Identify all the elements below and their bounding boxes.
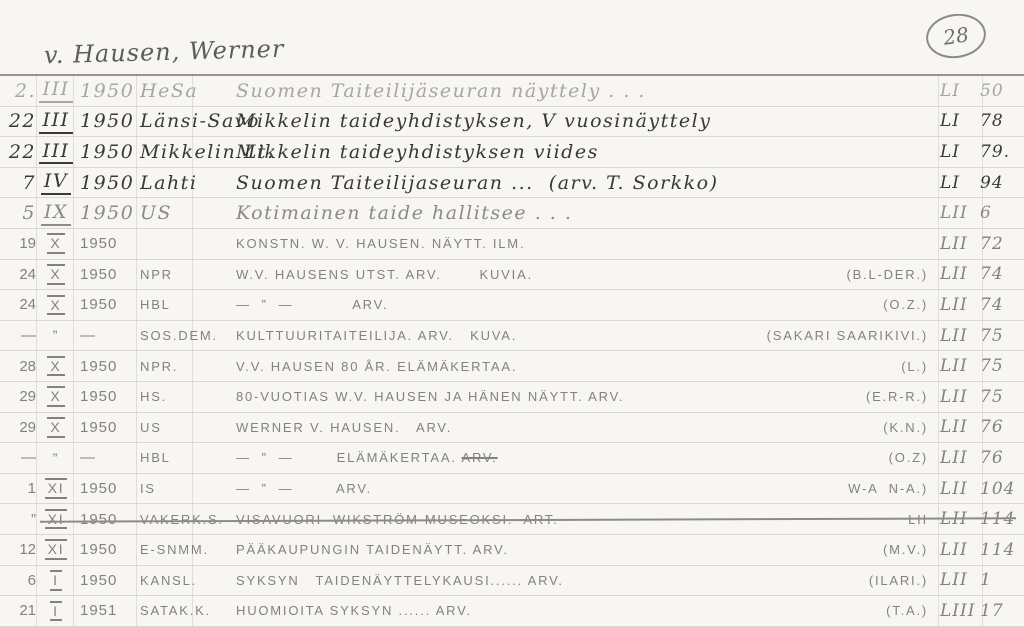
month-cell: X [36, 233, 76, 254]
month-numeral: I [50, 601, 62, 622]
year-cell: 1950 [76, 235, 140, 252]
month-cell: I [36, 570, 76, 591]
description-text: HUOMIOITA SYKSYN ...... ARV. [236, 603, 472, 618]
struck-word: ARV. [461, 450, 497, 465]
source-cell: Länsi-Savo [140, 110, 236, 132]
table-row: 24 X 1950 NPR W.V. HAUSENS UTST. ARV. KU… [0, 260, 1024, 291]
table-row: 1 XI 1950 IS — ” — ARV. W-A N-A.) LII 10… [0, 474, 1024, 505]
source-cell: KANSL. [140, 573, 236, 588]
ref-page-cell: 79. [980, 142, 1024, 162]
month-numeral: ” [50, 327, 62, 344]
ref-volume-cell: LII [940, 417, 980, 437]
source-cell: SOS.DEM. [140, 328, 236, 343]
description-cell: — ” — ARV. [236, 481, 848, 496]
ref-page-cell: 1 [980, 570, 1024, 590]
table-row: 29 X 1950 HS. 80-VUOTIAS W.V. HAUSEN JA … [0, 382, 1024, 413]
month-cell: ” [36, 450, 76, 467]
note-cell: (O.Z) [889, 450, 940, 465]
year-cell: 1950 [76, 511, 140, 528]
ref-page-cell: 75 [980, 326, 1024, 346]
month-cell: X [36, 417, 76, 438]
source-cell: HBL [140, 297, 236, 312]
ref-page-cell: 76 [980, 417, 1024, 437]
day-cell: — [6, 327, 36, 344]
description-cell: PÄÄKAUPUNGIN TAIDENÄYTT. ARV. [236, 542, 883, 557]
month-numeral: XI [45, 509, 68, 530]
day-cell: 2. [6, 80, 36, 102]
month-numeral: III [39, 79, 72, 103]
rows: 2. III 1950 HeSa Suomen Taiteilijäseuran… [0, 76, 1024, 627]
ref-page-cell: 74 [980, 264, 1024, 284]
day-cell: 22 [6, 110, 36, 132]
description-text: — ” — ARV. [236, 297, 388, 312]
table-row: — ” — HBL — ” — ELÄMÄKERTAA. ARV. (O.Z) … [0, 443, 1024, 474]
day-cell: 12 [6, 541, 36, 558]
ref-page-cell: 74 [980, 295, 1024, 315]
month-numeral: X [47, 264, 64, 285]
ref-volume-cell: LII [940, 448, 980, 468]
month-numeral: X [47, 295, 64, 316]
note-cell: (L.) [901, 359, 940, 374]
description-text: KULTTUURITAITEILIJA. ARV. KUVA. [236, 328, 517, 343]
ref-volume-cell: LII [940, 203, 980, 223]
description-text: 80-VUOTIAS W.V. HAUSEN JA HÄNEN NÄYTT. A… [236, 389, 624, 404]
table-row: ” XI 1950 VAKERK.S. VISAVUORI WIKSTRÖM-M… [0, 504, 1024, 535]
year-cell: 1950 [76, 541, 140, 558]
day-cell: 28 [6, 358, 36, 375]
description-cell: Kotimainen taide hallitsee . . . [236, 202, 928, 224]
ref-volume-cell: LIII [940, 601, 980, 621]
ref-page-cell: 114 [980, 540, 1024, 560]
table-row: 22 III 1950 Länsi-Savo Mikkelin taideyhd… [0, 107, 1024, 138]
year-cell: — [76, 449, 140, 466]
note-cell: (E.R-R.) [866, 389, 940, 404]
description-cell: Mikkelin taideyhdistyksen viides [236, 141, 928, 163]
year-cell: — [76, 327, 140, 344]
source-cell: SATAK.K. [140, 603, 236, 618]
table-row: 6 I 1950 KANSL. SYKSYN TAIDENÄYTTELYKAUS… [0, 566, 1024, 597]
month-cell: III [36, 140, 76, 165]
source-cell: E-SNMM. [140, 542, 236, 557]
note-cell: (T.A.) [886, 603, 940, 618]
day-cell: 19 [6, 235, 36, 252]
ref-volume-cell: LII [940, 540, 980, 560]
source-cell: Lahti [140, 172, 236, 194]
month-cell: III [36, 109, 76, 134]
note-cell: (M.V.) [883, 542, 940, 557]
month-cell: XI [36, 478, 76, 499]
ref-page-cell: 6 [980, 203, 1024, 223]
description-cell: 80-VUOTIAS W.V. HAUSEN JA HÄNEN NÄYTT. A… [236, 389, 866, 404]
ref-page-cell: 78 [980, 111, 1024, 131]
table-row: 22 III 1950 Mikkelin Lt. Mikkelin taidey… [0, 137, 1024, 168]
description-text: PÄÄKAUPUNGIN TAIDENÄYTT. ARV. [236, 542, 509, 557]
table-row: 7 IV 1950 Lahti Suomen Taiteilijaseuran … [0, 168, 1024, 199]
note-cell: (B.L-DER.) [846, 267, 940, 282]
month-cell: X [36, 264, 76, 285]
source-cell: NPR. [140, 359, 236, 374]
description-cell: — ” — ARV. [236, 297, 883, 312]
card-title: v. Hausen, Werner [44, 35, 285, 70]
source-cell: NPR [140, 267, 236, 282]
table-row: 29 X 1950 US WERNER V. HAUSEN. ARV. (K.N… [0, 413, 1024, 444]
year-cell: 1950 [76, 110, 140, 132]
ref-volume-cell: LII [940, 387, 980, 407]
month-numeral: X [47, 386, 64, 407]
description-cell: WERNER V. HAUSEN. ARV. [236, 420, 883, 435]
year-cell: 1950 [76, 296, 140, 313]
day-cell: 6 [6, 572, 36, 589]
year-cell: 1950 [76, 480, 140, 497]
source-cell: VAKERK.S. [140, 512, 236, 527]
ref-page-cell: 94 [980, 173, 1024, 193]
index-card: v. Hausen, Werner 28 2. III 1950 HeSa Su… [0, 0, 1024, 627]
ref-volume-cell: LII [940, 509, 980, 529]
ref-volume-cell: LI [940, 81, 980, 101]
description-text: — ” — ELÄMÄKERTAA. [236, 450, 461, 465]
day-cell: 1 [6, 480, 36, 497]
description-cell: KULTTUURITAITEILIJA. ARV. KUVA. [236, 328, 767, 343]
ref-volume-cell: LI [940, 111, 980, 131]
table-row: 5 IX 1950 US Kotimainen taide hallitsee … [0, 198, 1024, 229]
ref-volume-cell: LI [940, 142, 980, 162]
year-cell: 1950 [76, 266, 140, 283]
source-cell: HBL [140, 450, 236, 465]
month-numeral: X [47, 417, 64, 438]
year-cell: 1950 [76, 358, 140, 375]
description-text: Mikkelin taideyhdistyksen, V vuosinäytte… [236, 110, 711, 132]
description-cell: HUOMIOITA SYKSYN ...... ARV. [236, 603, 886, 618]
description-cell: KONSTN. W. V. HAUSEN. NÄYTT. ILM. [236, 236, 928, 251]
day-cell: 24 [6, 296, 36, 313]
month-numeral: III [39, 141, 72, 165]
ref-page-cell: 17 [980, 601, 1024, 621]
description-cell: Suomen Taiteilijaseuran ... (arv. T. Sor… [236, 172, 928, 194]
description-cell: VISAVUORI WIKSTRÖM-MUSEOKSI. ART. [236, 512, 908, 527]
day-cell: 21 [6, 602, 36, 619]
description-text: WERNER V. HAUSEN. ARV. [236, 420, 452, 435]
description-cell: Suomen Taiteilijäseuran näyttely . . . [236, 80, 928, 102]
day-cell: 29 [6, 419, 36, 436]
source-cell: US [140, 420, 236, 435]
description-text: Suomen Taiteilijäseuran näyttely . . . [236, 80, 646, 102]
year-cell: 1951 [76, 602, 140, 619]
day-cell: 29 [6, 388, 36, 405]
description-text: — ” — ARV. [236, 481, 372, 496]
month-numeral: IV [41, 171, 71, 195]
day-cell: 24 [6, 266, 36, 283]
ref-volume-cell: LII [940, 295, 980, 315]
day-cell: 22 [6, 141, 36, 163]
source-cell: HeSa [140, 80, 236, 102]
day-cell: ” [6, 511, 36, 528]
description-cell: V.V. HAUSEN 80 ÅR. ELÄMÄKERTAA. [236, 359, 901, 374]
ref-page-cell: 76 [980, 448, 1024, 468]
ref-page-cell: 75 [980, 356, 1024, 376]
note-cell: (O.Z.) [883, 297, 940, 312]
table-row: 19 X 1950 KONSTN. W. V. HAUSEN. NÄYTT. I… [0, 229, 1024, 260]
table-row: 12 XI 1950 E-SNMM. PÄÄKAUPUNGIN TAIDENÄY… [0, 535, 1024, 566]
month-numeral: III [39, 110, 72, 134]
day-cell: 7 [6, 172, 36, 194]
month-numeral: XI [45, 478, 68, 499]
year-cell: 1950 [76, 172, 140, 194]
month-cell: IV [36, 170, 76, 195]
year-cell: 1950 [76, 419, 140, 436]
ref-volume-cell: LII [940, 356, 980, 376]
note-cell: LII [908, 512, 940, 527]
ref-volume-cell: LII [940, 570, 980, 590]
note-cell: (SAKARI SAARIKIVI.) [767, 328, 940, 343]
description-cell: Mikkelin taideyhdistyksen, V vuosinäytte… [236, 110, 928, 132]
year-cell: 1950 [76, 202, 140, 224]
day-cell: 5 [6, 202, 36, 224]
ref-page-cell: 50 [980, 81, 1024, 101]
month-numeral: XI [45, 539, 68, 560]
description-cell: W.V. HAUSENS UTST. ARV. KUVIA. [236, 267, 846, 282]
description-text: SYKSYN TAIDENÄYTTELYKAUSI...... ARV. [236, 573, 564, 588]
description-text: Suomen Taiteilijaseuran ... (arv. T. Sor… [236, 172, 719, 194]
year-cell: 1950 [76, 141, 140, 163]
ref-page-cell: 114 [980, 509, 1024, 529]
description-text: KONSTN. W. V. HAUSEN. NÄYTT. ILM. [236, 236, 525, 251]
description-text: V.V. HAUSEN 80 ÅR. ELÄMÄKERTAA. [236, 359, 517, 374]
ref-page-cell: 75 [980, 387, 1024, 407]
table-row: — ” — SOS.DEM. KULTTUURITAITEILIJA. ARV.… [0, 321, 1024, 352]
description-cell: — ” — ELÄMÄKERTAA. ARV. [236, 450, 889, 465]
month-numeral: I [50, 570, 62, 591]
year-cell: 1950 [76, 80, 140, 102]
ref-volume-cell: LII [940, 326, 980, 346]
note-cell: W-A N-A.) [848, 481, 940, 496]
description-text: Kotimainen taide hallitsee . . . [236, 202, 572, 224]
source-cell: US [140, 202, 236, 224]
month-numeral: IX [41, 202, 71, 226]
table-row: 28 X 1950 NPR. V.V. HAUSEN 80 ÅR. ELÄMÄK… [0, 351, 1024, 382]
month-cell: X [36, 295, 76, 316]
day-cell: — [6, 449, 36, 466]
page-number: 28 [942, 22, 971, 49]
month-cell: ” [36, 327, 76, 344]
description-text: VISAVUORI WIKSTRÖM-MUSEOKSI. ART. [236, 512, 559, 527]
month-cell: X [36, 386, 76, 407]
month-numeral: ” [50, 450, 62, 467]
month-cell: I [36, 601, 76, 622]
description-cell: SYKSYN TAIDENÄYTTELYKAUSI...... ARV. [236, 573, 869, 588]
month-numeral: X [47, 233, 64, 254]
month-cell: XI [36, 539, 76, 560]
table-row: 24 X 1950 HBL — ” — ARV. (O.Z.) LII 74 [0, 290, 1024, 321]
month-cell: III [36, 78, 76, 103]
page-number-badge: 28 [923, 10, 989, 62]
table-row: 2. III 1950 HeSa Suomen Taiteilijäseuran… [0, 76, 1024, 107]
month-cell: IX [36, 201, 76, 226]
ref-volume-cell: LII [940, 234, 980, 254]
year-cell: 1950 [76, 388, 140, 405]
ref-volume-cell: LI [940, 173, 980, 193]
ref-volume-cell: LII [940, 479, 980, 499]
month-numeral: X [47, 356, 64, 377]
note-cell: (K.N.) [883, 420, 940, 435]
ref-page-cell: 104 [980, 479, 1024, 499]
description-text: Mikkelin taideyhdistyksen viides [236, 141, 599, 163]
year-cell: 1950 [76, 572, 140, 589]
source-cell: HS. [140, 389, 236, 404]
note-cell: (ILARI.) [869, 573, 940, 588]
source-cell: Mikkelin Lt. [140, 141, 236, 163]
month-cell: XI [36, 509, 76, 530]
month-cell: X [36, 356, 76, 377]
table-row: 21 I 1951 SATAK.K. HUOMIOITA SYKSYN ....… [0, 596, 1024, 627]
ref-volume-cell: LII [940, 264, 980, 284]
ref-page-cell: 72 [980, 234, 1024, 254]
description-text: W.V. HAUSENS UTST. ARV. KUVIA. [236, 267, 533, 282]
source-cell: IS [140, 481, 236, 496]
